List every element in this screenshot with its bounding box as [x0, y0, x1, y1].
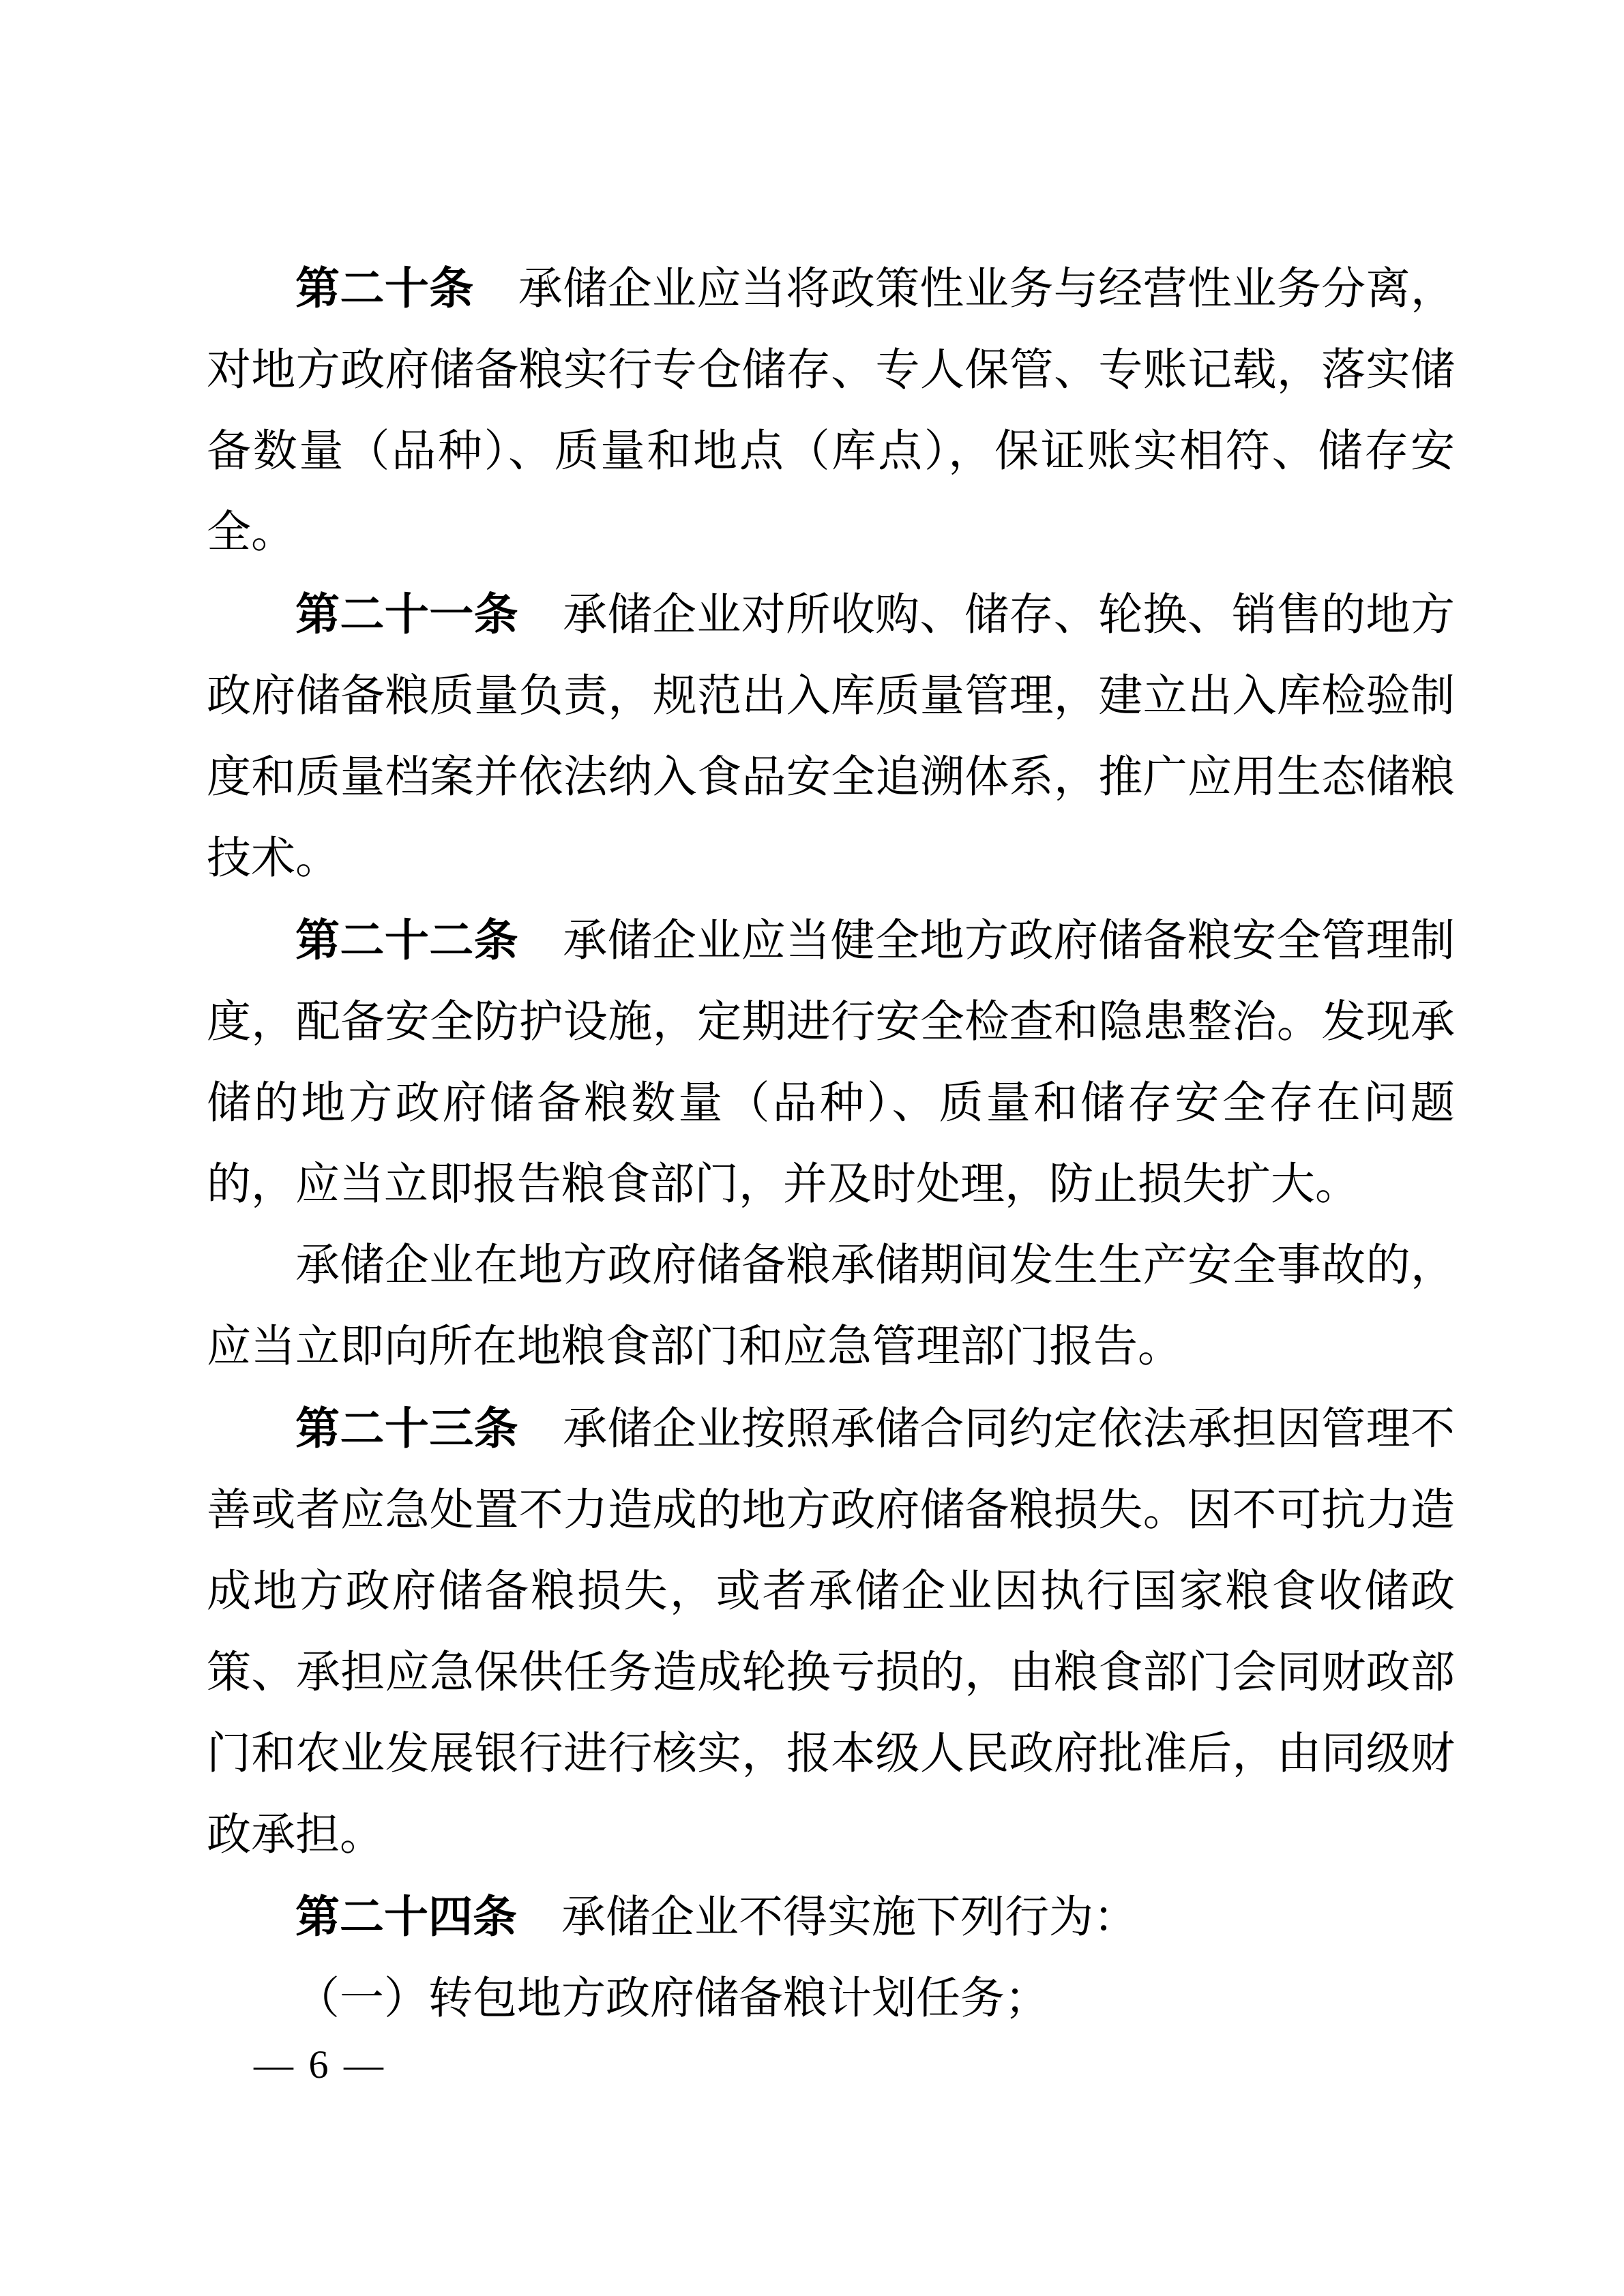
- document-page: 第二十条承储企业应当将政策性业务与经营性业务分离，对地方政府储备粮实行专仓储存、…: [0, 0, 1624, 2296]
- page-number: — 6 —: [254, 2044, 386, 2085]
- paragraph: 第二十二条承储企业应当健全地方政府储备粮安全管理制度，配备安全防护设施，定期进行…: [207, 899, 1455, 1225]
- paragraph: 第二十一条承储企业对所收购、储存、轮换、销售的地方政府储备粮质量负责，规范出入库…: [207, 573, 1455, 899]
- paragraph-text: 承储企业按照承储合同约定依法承担因管理不善或者应急处置不力造成的地方政府储备粮损…: [207, 1405, 1455, 1860]
- paragraph: 第二十四条承储企业不得实施下列行为：: [207, 1876, 1455, 1958]
- paragraph-text: （一）转包地方政府储备粮计划任务；: [295, 1974, 1049, 2023]
- article-label: 第二十四条: [295, 1892, 517, 1941]
- paragraph: 第二十条承储企业应当将政策性业务与经营性业务分离，对地方政府储备粮实行专仓储存、…: [207, 248, 1455, 573]
- article-label: 第二十一条: [295, 589, 518, 639]
- article-label: 第二十三条: [295, 1403, 518, 1453]
- paragraph-text: 承储企业不得实施下列行为：: [561, 1893, 1138, 1942]
- document-body: 第二十条承储企业应当将政策性业务与经营性业务分离，对地方政府储备粮实行专仓储存、…: [207, 248, 1455, 2040]
- article-label: 第二十二条: [295, 915, 518, 965]
- paragraph: 第二十三条承储企业按照承储合同约定依法承担因管理不善或者应急处置不力造成的地方政…: [207, 1388, 1455, 1876]
- paragraph: 承储企业在地方政府储备粮承储期间发生生产安全事故的，应当立即向所在地粮食部门和应…: [207, 1225, 1455, 1388]
- paragraph-text: 承储企业在地方政府储备粮承储期间发生生产安全事故的，应当立即向所在地粮食部门和应…: [207, 1241, 1455, 1371]
- paragraph: （一）转包地方政府储备粮计划任务；: [207, 1958, 1455, 2040]
- article-label: 第二十条: [295, 263, 474, 313]
